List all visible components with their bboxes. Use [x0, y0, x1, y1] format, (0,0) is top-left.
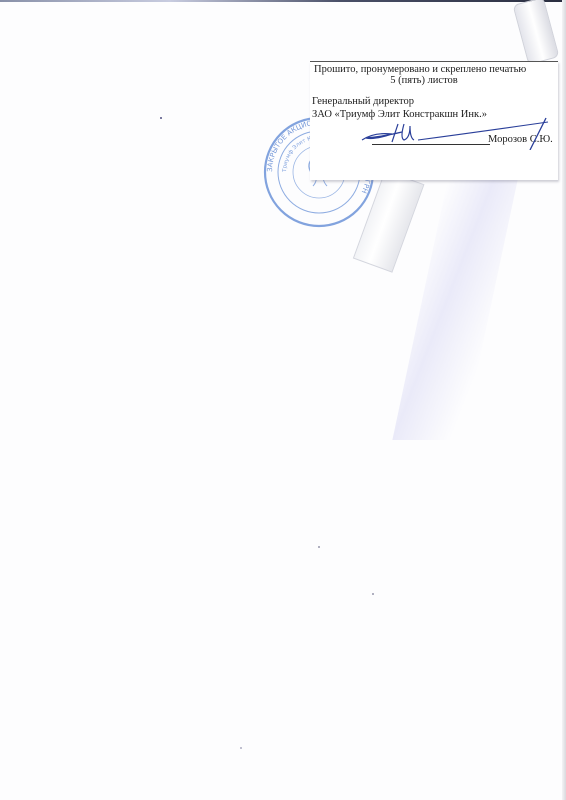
binding-statement: Прошито, пронумеровано и скреплено печат… — [314, 64, 526, 75]
handwritten-signature — [360, 110, 560, 150]
scan-speck — [318, 546, 320, 548]
scan-right-edge — [562, 0, 566, 800]
scan-speck — [160, 117, 162, 119]
signatory-position: Генеральный директор — [312, 96, 414, 107]
scan-top-edge — [0, 0, 566, 2]
binding-ribbon-top — [513, 0, 560, 65]
sheet-count: 5 (пять) листов — [310, 75, 538, 86]
scan-speck — [372, 593, 374, 595]
scan-speck — [240, 747, 242, 749]
